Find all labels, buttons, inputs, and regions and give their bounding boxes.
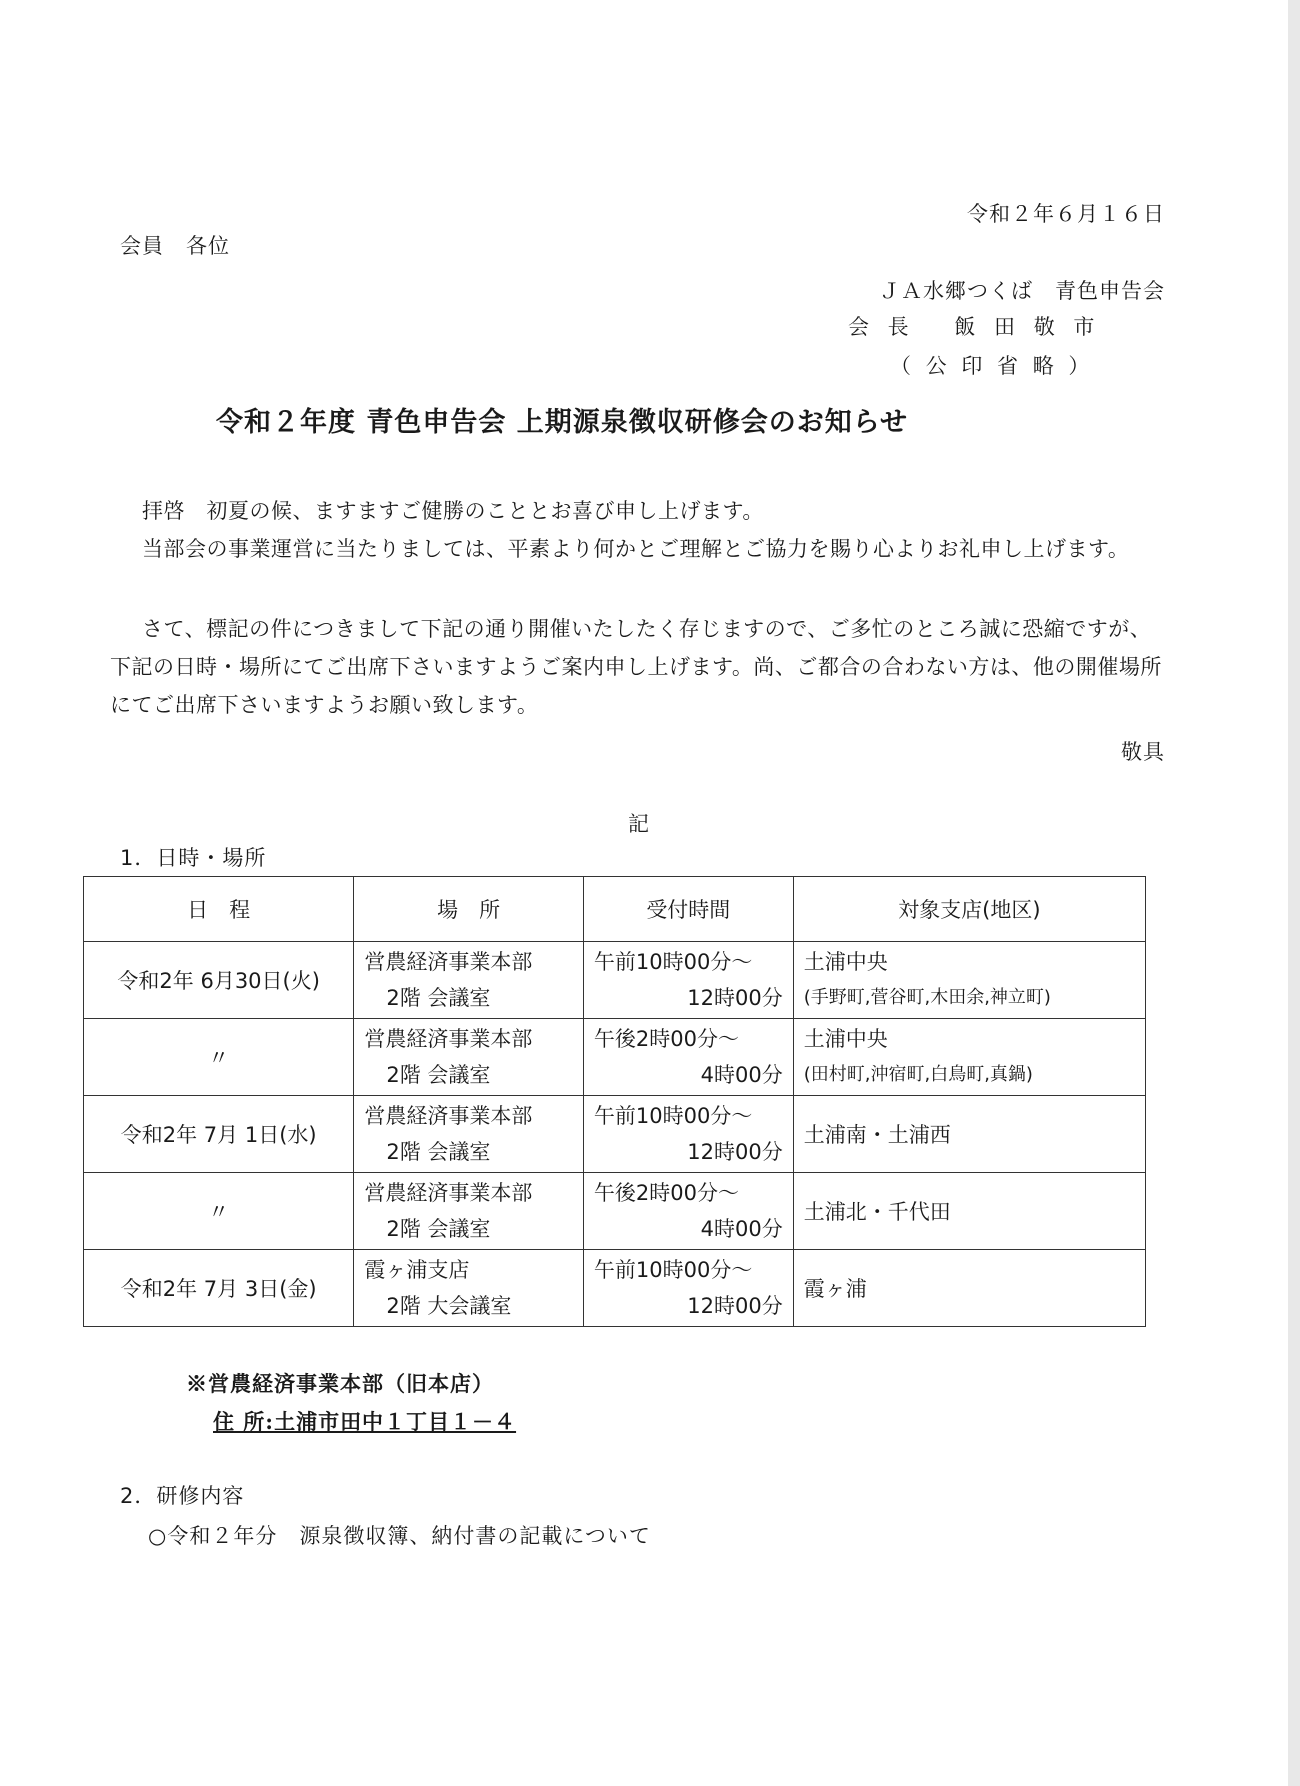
cell-date: 〃 <box>84 1173 354 1250</box>
time-end: 12時00分 <box>594 1134 783 1170</box>
cell-place: 霞ヶ浦支店2階 大会議室 <box>354 1250 584 1327</box>
place-room: 2階 会議室 <box>364 1057 573 1093</box>
table-header-row: 日 程 場 所 受付時間 対象支店(地区) <box>84 877 1146 942</box>
place-name: 霞ヶ浦支店 <box>364 1252 573 1288</box>
table-row: 令和2年 6月30日(火) 営農経済事業本部2階 会議室 午前10時00分～12… <box>84 942 1146 1019</box>
time-end: 4時00分 <box>594 1057 783 1093</box>
table-row: 令和2年 7月 1日(水) 営農経済事業本部2階 会議室 午前10時00分～12… <box>84 1096 1146 1173</box>
invitation-paragraph: さて、標記の件につきまして下記の通り開催いたしたく存じますので、ご多忙のところ誠… <box>110 610 1170 724</box>
page-title: 令和２年度 青色申告会 上期源泉徴収研修会のお知らせ <box>216 400 908 439</box>
venue-note-title: ※営農経済事業本部（旧本店） <box>186 1368 494 1398</box>
closing: 敬具 <box>1121 736 1165 766</box>
header-time: 受付時間 <box>583 877 793 942</box>
branch-name: 土浦中央 <box>804 944 1135 980</box>
table-row: 〃 営農経済事業本部2階 会議室 午後2時00分～4時00分 土浦中央(田村町,… <box>84 1019 1146 1096</box>
section2-heading: 2．研修内容 <box>120 1480 244 1510</box>
place-room: 2階 会議室 <box>364 980 573 1016</box>
ki-label: 記 <box>628 808 650 838</box>
recipient: 会員 各位 <box>120 230 230 260</box>
cell-place: 営農経済事業本部2階 会議室 <box>354 1173 584 1250</box>
cell-place: 営農経済事業本部2階 会議室 <box>354 1096 584 1173</box>
time-end: 4時00分 <box>594 1211 783 1247</box>
cell-place: 営農経済事業本部2階 会議室 <box>354 942 584 1019</box>
time-start: 午前10時00分～ <box>594 1098 783 1134</box>
time-end: 12時00分 <box>594 1288 783 1324</box>
cell-branch: 土浦南・土浦西 <box>793 1096 1145 1173</box>
cell-branch: 土浦北・千代田 <box>793 1173 1145 1250</box>
branch-areas: (手野町,菅谷町,木田余,神立町) <box>804 980 1135 1016</box>
cell-time: 午後2時00分～4時00分 <box>583 1173 793 1250</box>
thanks-paragraph: 当部会の事業運営に当たりましては、平素より何かとご理解とご協力を賜り心よりお礼申… <box>110 530 1170 568</box>
cell-time: 午前10時00分～12時00分 <box>583 942 793 1019</box>
place-name: 営農経済事業本部 <box>364 1098 573 1134</box>
place-room: 2階 会議室 <box>364 1134 573 1170</box>
time-start: 午後2時00分～ <box>594 1175 783 1211</box>
header-branch: 対象支店(地区) <box>793 877 1145 942</box>
cell-date: 令和2年 7月 1日(水) <box>84 1096 354 1173</box>
cell-time: 午前10時00分～12時00分 <box>583 1250 793 1327</box>
table-row: 令和2年 7月 3日(金) 霞ヶ浦支店2階 大会議室 午前10時00分～12時0… <box>84 1250 1146 1327</box>
table-row: 〃 営農経済事業本部2階 会議室 午後2時00分～4時00分 土浦北・千代田 <box>84 1173 1146 1250</box>
place-name: 営農経済事業本部 <box>364 1021 573 1057</box>
sender-title: 会 長 飯 田 敬 市 <box>848 311 1100 341</box>
sender-org: ＪＡ水郷つくば 青色申告会 <box>879 275 1165 305</box>
place-name: 営農経済事業本部 <box>364 944 573 980</box>
cell-branch: 霞ヶ浦 <box>793 1250 1145 1327</box>
cell-branch: 土浦中央(田村町,沖宿町,白鳥町,真鍋) <box>793 1019 1145 1096</box>
header-place: 場 所 <box>354 877 584 942</box>
cell-time: 午前10時00分～12時00分 <box>583 1096 793 1173</box>
cell-place: 営農経済事業本部2階 会議室 <box>354 1019 584 1096</box>
time-start: 午前10時00分～ <box>594 1252 783 1288</box>
time-end: 12時00分 <box>594 980 783 1016</box>
cell-time: 午後2時00分～4時00分 <box>583 1019 793 1096</box>
cell-branch: 土浦中央(手野町,菅谷町,木田余,神立町) <box>793 942 1145 1019</box>
seal-note: （ 公 印 省 略 ） <box>890 350 1093 380</box>
venue-address: 住 所:土浦市田中１丁目１－４ <box>213 1406 516 1436</box>
branch-areas: (田村町,沖宿町,白鳥町,真鍋) <box>804 1057 1135 1093</box>
schedule-table: 日 程 場 所 受付時間 対象支店(地区) 令和2年 6月30日(火) 営農経済… <box>83 876 1146 1327</box>
time-start: 午前10時00分～ <box>594 944 783 980</box>
document-date: 令和２年６月１６日 <box>967 198 1165 228</box>
place-room: 2階 会議室 <box>364 1211 573 1247</box>
cell-date: 〃 <box>84 1019 354 1096</box>
section1-heading: 1．日時・場所 <box>120 842 266 872</box>
place-name: 営農経済事業本部 <box>364 1175 573 1211</box>
branch-name: 土浦中央 <box>804 1021 1135 1057</box>
place-room: 2階 大会議室 <box>364 1288 573 1324</box>
cell-date: 令和2年 7月 3日(金) <box>84 1250 354 1327</box>
time-start: 午後2時00分～ <box>594 1021 783 1057</box>
cell-date: 令和2年 6月30日(火) <box>84 942 354 1019</box>
training-content-item: ○令和２年分 源泉徴収簿、納付書の記載について <box>148 1520 651 1550</box>
greeting-paragraph: 拝啓 初夏の候、ますますご健勝のこととお喜び申し上げます。 <box>110 492 1170 530</box>
scan-edge <box>1288 0 1300 1786</box>
header-date: 日 程 <box>84 877 354 942</box>
